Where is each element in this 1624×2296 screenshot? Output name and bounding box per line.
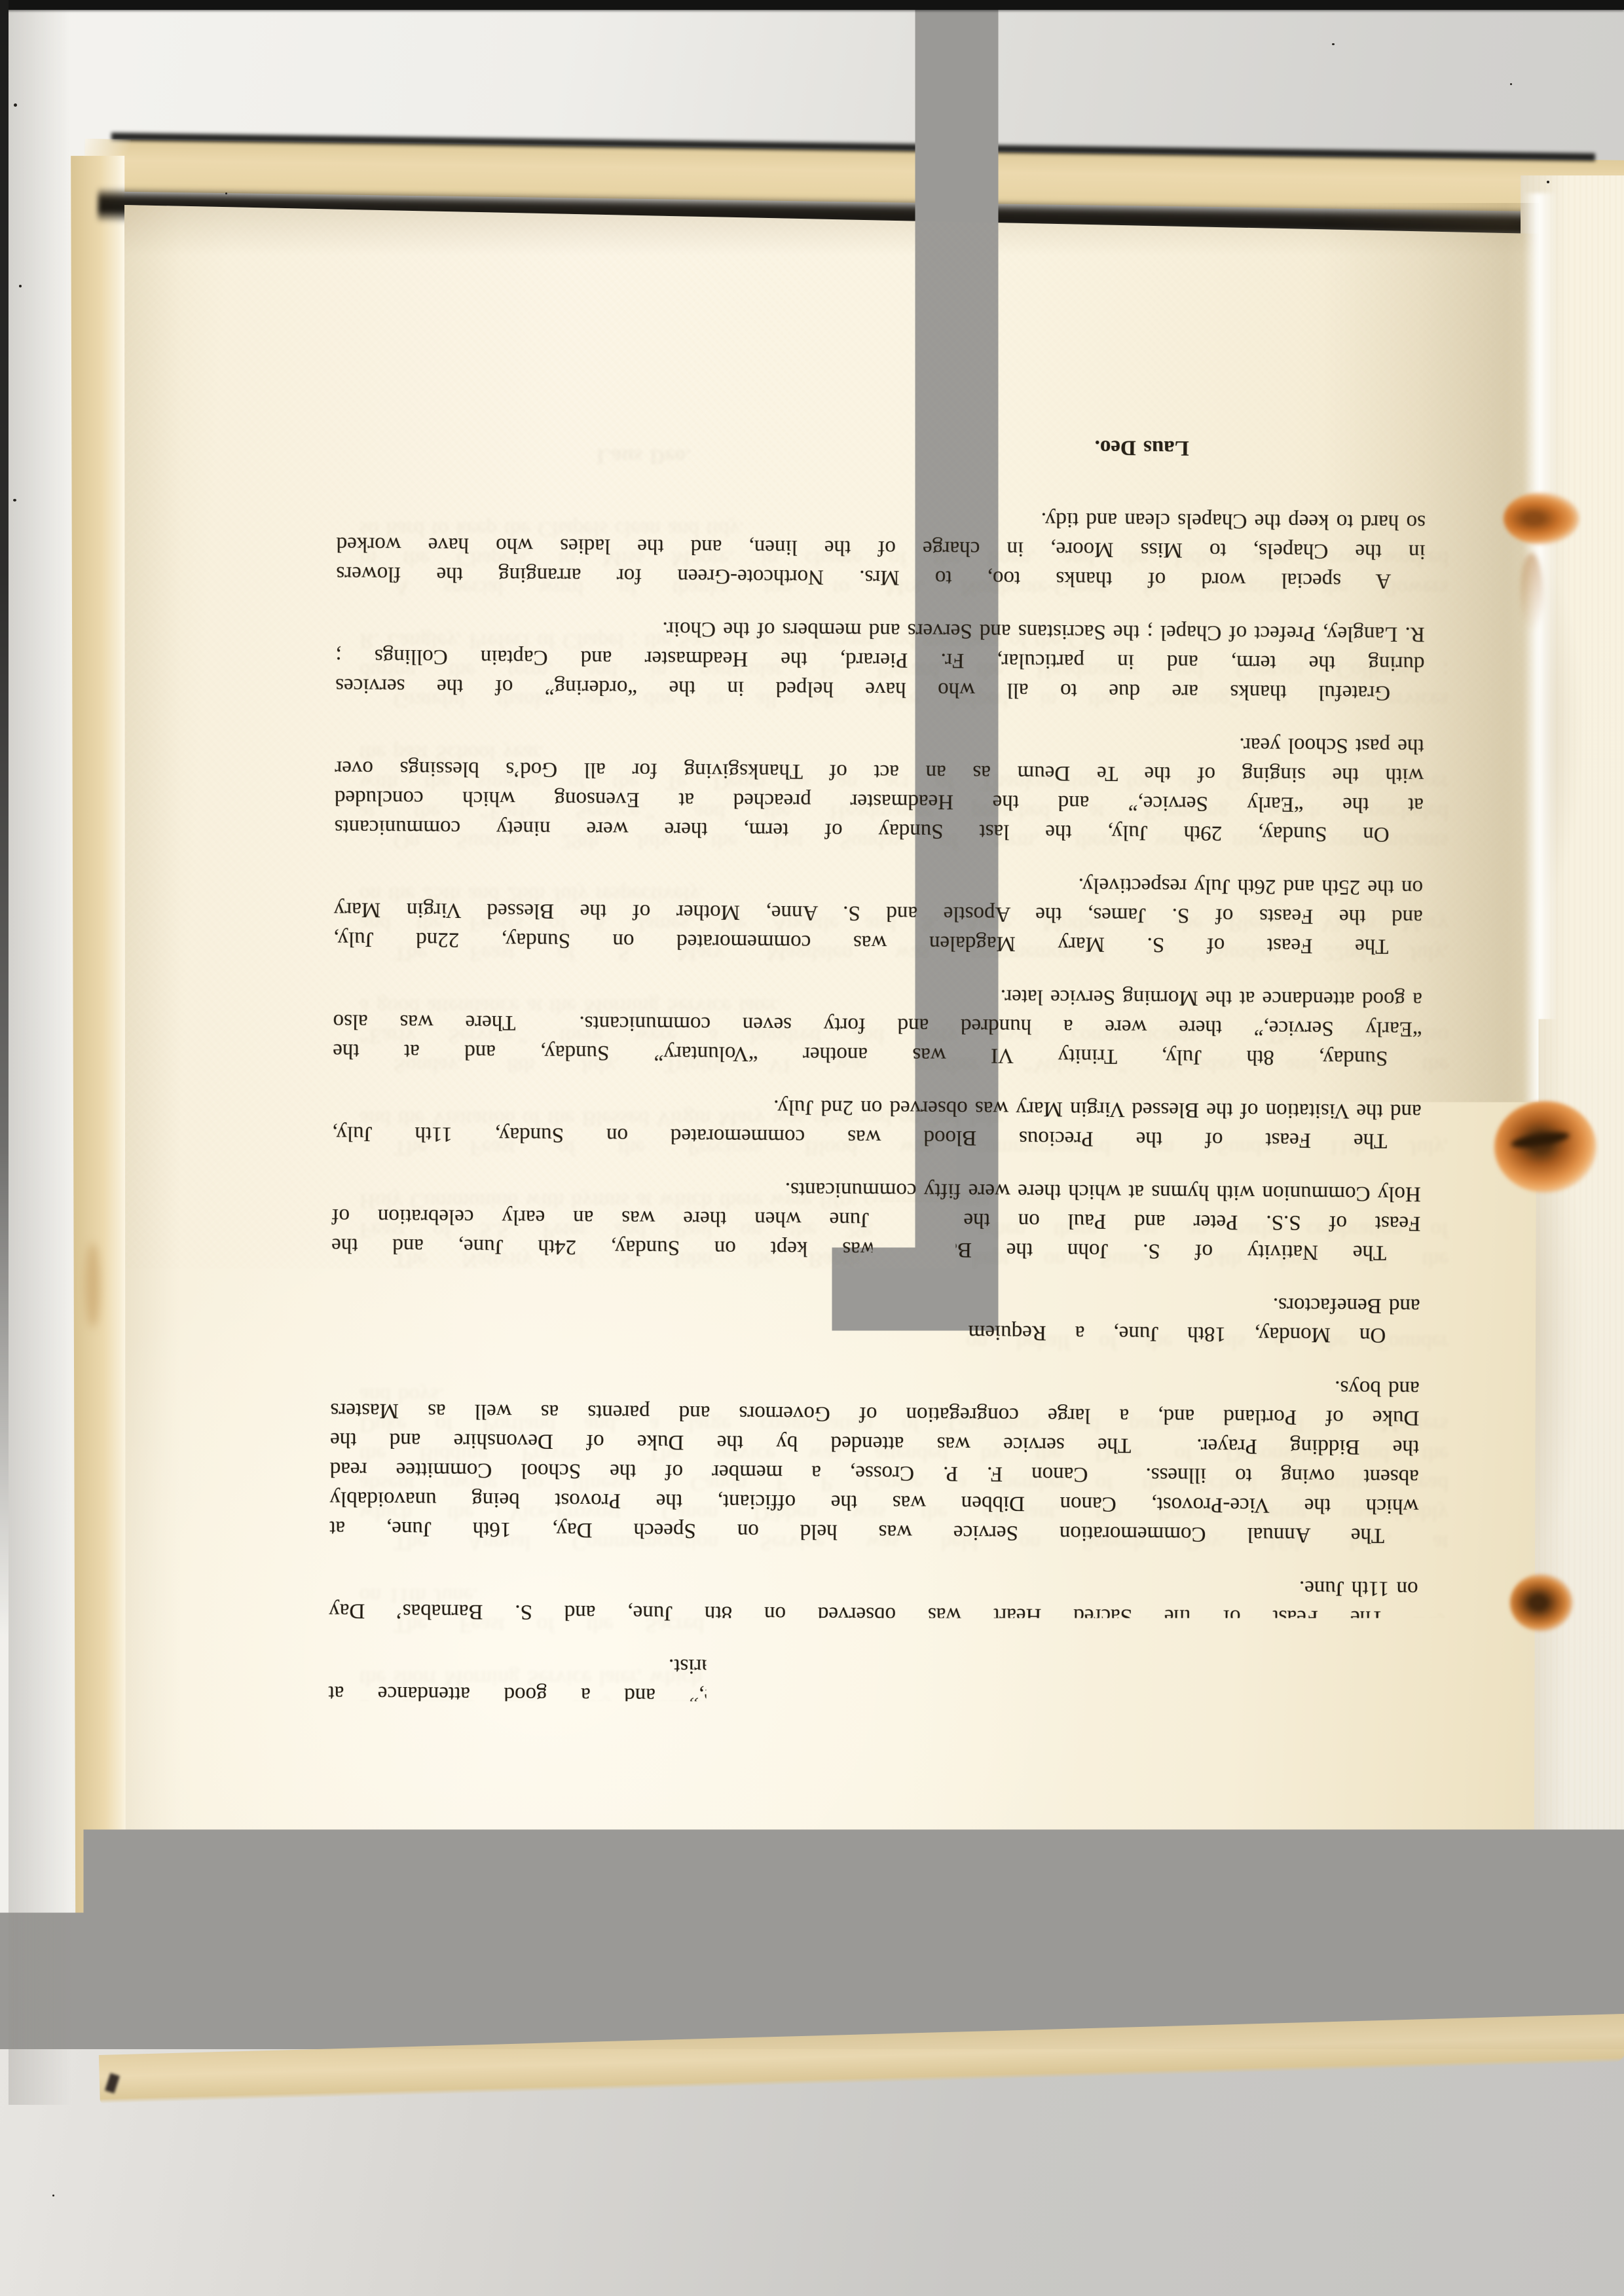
text-line: A special word of thanks too, to Mrs. No… — [336, 558, 1425, 596]
ghost-showthrough: The Annual Commemoration Service was hel… — [360, 1527, 1449, 1557]
text-line: and boys. — [331, 1366, 1420, 1403]
ghost-showthrough: in the Chapels, to Miss Moore, in charge… — [360, 543, 1449, 573]
text-line: On the first Sunday after Trinity, which… — [328, 1707, 1417, 1745]
ghost-showthrough: “Early Service,” there were a hundred an… — [360, 1021, 1449, 1050]
text-line: Sunday, 8th July, Trinity VI was another… — [333, 1036, 1422, 1073]
text-line: so hard to keep the Chapels clean and ti… — [337, 500, 1426, 537]
ghost-showthrough: On Sunday, 29th July, the last Sunday of… — [360, 826, 1449, 856]
paragraph: A special word of thanks too, to Mrs. No… — [336, 500, 1426, 596]
rust-stain-middle — [1494, 1101, 1596, 1193]
ghost-showthrough: The Feast of Corpus Christi was observed… — [360, 514, 1449, 1834]
ghost-showthrough: The Annual Commemoration Service was hel… — [360, 1380, 1449, 1557]
paragraph: Grateful thanks are due to all who have … — [335, 611, 1425, 708]
ghost-showthrough: The Feast of Corpus Christi was observed… — [360, 1804, 1449, 1834]
ghost-showthrough: Feast of S.S. Peter and Paul on the 29th… — [360, 1215, 1449, 1245]
scanner-left-border — [0, 0, 9, 1637]
ghost-showthrough: and Benefactors. — [360, 1298, 1449, 1327]
ghost-showthrough: on the 25th and 26th July respectively. — [360, 879, 1449, 909]
ghost-showthrough: A special word of thanks too, to Mrs. No… — [360, 573, 1449, 602]
ghost-showthrough: Grateful thanks are due to all who have … — [360, 685, 1449, 714]
ghost-showthrough: A special word of thanks too, to Mrs. No… — [360, 514, 1449, 602]
ghost-showthrough: and boys. — [360, 1380, 1449, 1410]
paragraph: Sunday, 8th July, Trinity VI was another… — [333, 977, 1422, 1073]
dust-speck — [1547, 181, 1549, 183]
text-line: Feast of S.S. Peter and Paul on the 29th… — [331, 1201, 1420, 1238]
ghost-showthrough: The Feast of the Sacred Heart was observ… — [360, 1580, 1449, 1639]
ghost-showthrough: and the Visitation of the Blessed Virgin… — [360, 1103, 1449, 1133]
ghost-showthrough: THE WORKSOPIAN 7 The Feast of Corpus Chr… — [360, 449, 1449, 1910]
text-line: The Annual Commemoration Service was hel… — [329, 1513, 1418, 1550]
text-line: On Sunday, 29th July, the last Sunday of… — [334, 812, 1423, 849]
paragraph: The Feast of the Sacred Heart was observ… — [329, 1566, 1418, 1633]
page-number: 7 — [284, 1865, 294, 1895]
dust-speck — [13, 499, 16, 501]
ghost-showthrough: The Feast of the Precious Blood was comm… — [360, 1103, 1449, 1162]
text-line: celebration of Holy Communion with hymns… — [327, 1760, 1416, 1798]
ghost-showthrough: The Feast of the Precious Blood was comm… — [360, 1133, 1449, 1162]
text-line: with the singing of the Te Deum as an ac… — [335, 753, 1424, 790]
ghost-showthrough: so hard to keep the Chapels clean and ti… — [360, 514, 1449, 543]
paragraph: The Nativity of S. John the Baptist was … — [331, 1171, 1421, 1267]
ghost-showthrough: on 11th June. — [360, 1580, 1449, 1610]
text-line: absent owing to illness. Canon F. P. Cro… — [330, 1454, 1419, 1491]
ghost-showthrough: at the “Early Service,” and the Headmast… — [360, 797, 1449, 826]
scanner-left-shading — [9, 10, 71, 2105]
dust-speck — [14, 103, 17, 107]
ghost-showthrough: the short Morning Service later, which t… — [360, 1663, 1449, 1692]
ghost-showthrough: a hundred and forty communicants at the … — [360, 1692, 1449, 1722]
ghost-showthrough: The Feast of S. Mary Magdalen was commem… — [360, 879, 1449, 968]
text-line: on the 25th and 26th July respectively. — [334, 865, 1423, 902]
rust-stain-drip — [1521, 553, 1543, 632]
ghost-showthrough: during the term, and in particular, Fr. … — [360, 655, 1449, 685]
dust-speck — [52, 2195, 54, 2196]
dust-speck — [1332, 43, 1335, 45]
ghost-showthrough: THE WORKSOPIAN — [921, 1881, 1116, 1910]
ghost-showthrough: and the Feasts of S. James, the Apostle … — [360, 909, 1449, 938]
ghost-showthrough: Sunday, 8th July, Trinity VI was another… — [360, 1050, 1449, 1080]
text-line: the short Morning Service later, which t… — [329, 1649, 1418, 1686]
text-line: The Feast of the Precious Blood was comm… — [332, 1118, 1421, 1156]
ghost-showthrough: The Feast of Corpus Christi was observed… — [360, 1775, 1449, 1834]
page-text-paragraphs: The Feast of Corpus Christi was observed… — [327, 500, 1426, 1827]
text-line: The Feast of the Sacred Heart was observ… — [329, 1595, 1418, 1633]
text-line: which the Vice-Provost, Canon Dibben was… — [329, 1484, 1418, 1521]
text-line: in the Chapels, to Miss Moore, in charge… — [336, 529, 1425, 566]
rust-stain-top — [1504, 492, 1579, 545]
ghost-showthrough: THE WORKSOPIAN 7 — [360, 1881, 1449, 1910]
ghost-showthrough: The Feast of S. Mary Magdalen was commem… — [360, 938, 1449, 968]
text-line: “Early Service,” there were a hundred an… — [333, 1006, 1422, 1044]
ghost-showthrough: On Sunday, 29th July, the last Sunday of… — [360, 738, 1449, 856]
paragraph: The Annual Commemoration Service was hel… — [329, 1366, 1420, 1550]
page-text: THE WORKSOPIAN 7 The Feast of Corpus Chr… — [327, 435, 1426, 1904]
text-line: at the “Early Service,” and the Headmast… — [335, 782, 1424, 820]
ghost-showthrough: celebration of Holy Communion with hymns… — [360, 1775, 1449, 1804]
text-line: The Feast of S. Mary Magdalen was commem… — [333, 924, 1422, 961]
text-line: a hundred and forty communicants at the … — [328, 1678, 1417, 1715]
ghost-showthrough: Grateful thanks are due to all who have … — [360, 626, 1449, 714]
text-line: Holy Communion with hymns at which there… — [332, 1171, 1421, 1209]
paragraph: The Feast of S. Mary Magdalen was commem… — [333, 865, 1423, 961]
text-line: The Nativity of S. John the Baptist was … — [331, 1230, 1420, 1267]
ghost-showthrough: the past School year. — [360, 738, 1449, 767]
text-line: On Monday, 18th June, a Requiem was said… — [331, 1313, 1420, 1350]
ghost-showthrough: On the first Sunday after Trinity, which… — [360, 1663, 1449, 1751]
rust-stain-bottom — [1510, 1574, 1573, 1631]
text-line: Grateful thanks are due to all who have … — [335, 670, 1424, 708]
cover-smudge — [86, 1243, 100, 1328]
text-line: during the term, and in particular, Fr. … — [335, 641, 1424, 678]
scanner-top-border — [0, 0, 1624, 10]
ghost-showthrough: On the first Sunday after Trinity, which… — [360, 1722, 1449, 1751]
paragraph: The Feast of Corpus Christi was observed… — [327, 1760, 1417, 1827]
ghost-showthrough: the Bidding Prayer. The service was atte… — [360, 1439, 1449, 1468]
text-line: and the Feasts of S. James, the Apostle … — [334, 894, 1423, 932]
text-line: on 11th June. — [329, 1566, 1418, 1603]
text-line: and the Visitation of the Blessed Virgin… — [333, 1089, 1422, 1126]
dust-speck — [1510, 83, 1512, 85]
ghost-showthrough: The Nativity of S. John the Baptist was … — [360, 1186, 1449, 1274]
ghost-showthrough: Laus Deo. — [597, 441, 1449, 471]
dust-speck — [225, 192, 227, 194]
ghost-showthrough: a good attendance at the Morning Service… — [360, 991, 1449, 1021]
ghost-showthrough: The Nativity of S. John the Baptist was … — [360, 1245, 1449, 1274]
journal-title: THE WORKSOPIAN — [659, 1869, 854, 1900]
ghost-showthrough: which the Vice-Provost, Canon Dibben was… — [360, 1498, 1449, 1527]
text-line: R. Langley, Prefect of Chapel ; the Sacr… — [336, 611, 1425, 649]
ghost-showthrough: Holy Communion with hymns at which there… — [360, 1186, 1449, 1215]
paragraph: The Feast of the Precious Blood was comm… — [332, 1089, 1422, 1156]
scanned-book-photo: THE WORKSOPIAN 7 The Feast of Corpus Chr… — [0, 0, 1624, 2296]
paper-fleck — [234, 2008, 238, 2013]
dust-speck — [19, 285, 22, 287]
paragraph: On the first Sunday after Trinity, which… — [328, 1649, 1418, 1745]
ghost-showthrough: On Monday, 18th June, a Requiem was said… — [360, 1327, 1449, 1357]
running-header: THE WORKSOPIAN 7 — [327, 1867, 1416, 1904]
ghost-showthrough: absent owing to illness. Canon F. P. Cro… — [360, 1468, 1449, 1498]
ghost-showthrough: R. Langley, Prefect of Chapel ; the Sacr… — [360, 626, 1449, 655]
ghost-showthrough: On Monday, 18th June, a Requiem was said… — [360, 1298, 1449, 1357]
ghost-showthrough: Duke of Portland and, a large congregati… — [360, 1410, 1449, 1439]
text-line: Duke of Portland and, a large congregati… — [330, 1395, 1419, 1432]
book-cover-left-edge — [71, 156, 130, 2071]
ghost-showthrough: Sunday, 8th July, Trinity VI was another… — [360, 991, 1449, 1080]
text-line: the past School year. — [335, 723, 1424, 761]
ghost-showthrough: The Feast of the Sacred Heart was observ… — [360, 1610, 1449, 1639]
ghost-showthrough: with the singing of the Te Deum as an ac… — [360, 767, 1449, 797]
paragraph: On Sunday, 29th July, the last Sunday of… — [334, 723, 1424, 849]
closing-laus-deo: Laus Deo. — [337, 427, 1189, 462]
text-line: a good attendance at the Morning Service… — [333, 977, 1422, 1014]
text-line: The Feast of Corpus Christi was observed… — [327, 1790, 1416, 1827]
text-line: the Bidding Prayer. The service was atte… — [330, 1425, 1419, 1462]
paragraph: On Monday, 18th June, a Requiem was said… — [331, 1283, 1420, 1350]
text-line: and Benefactors. — [331, 1283, 1420, 1321]
